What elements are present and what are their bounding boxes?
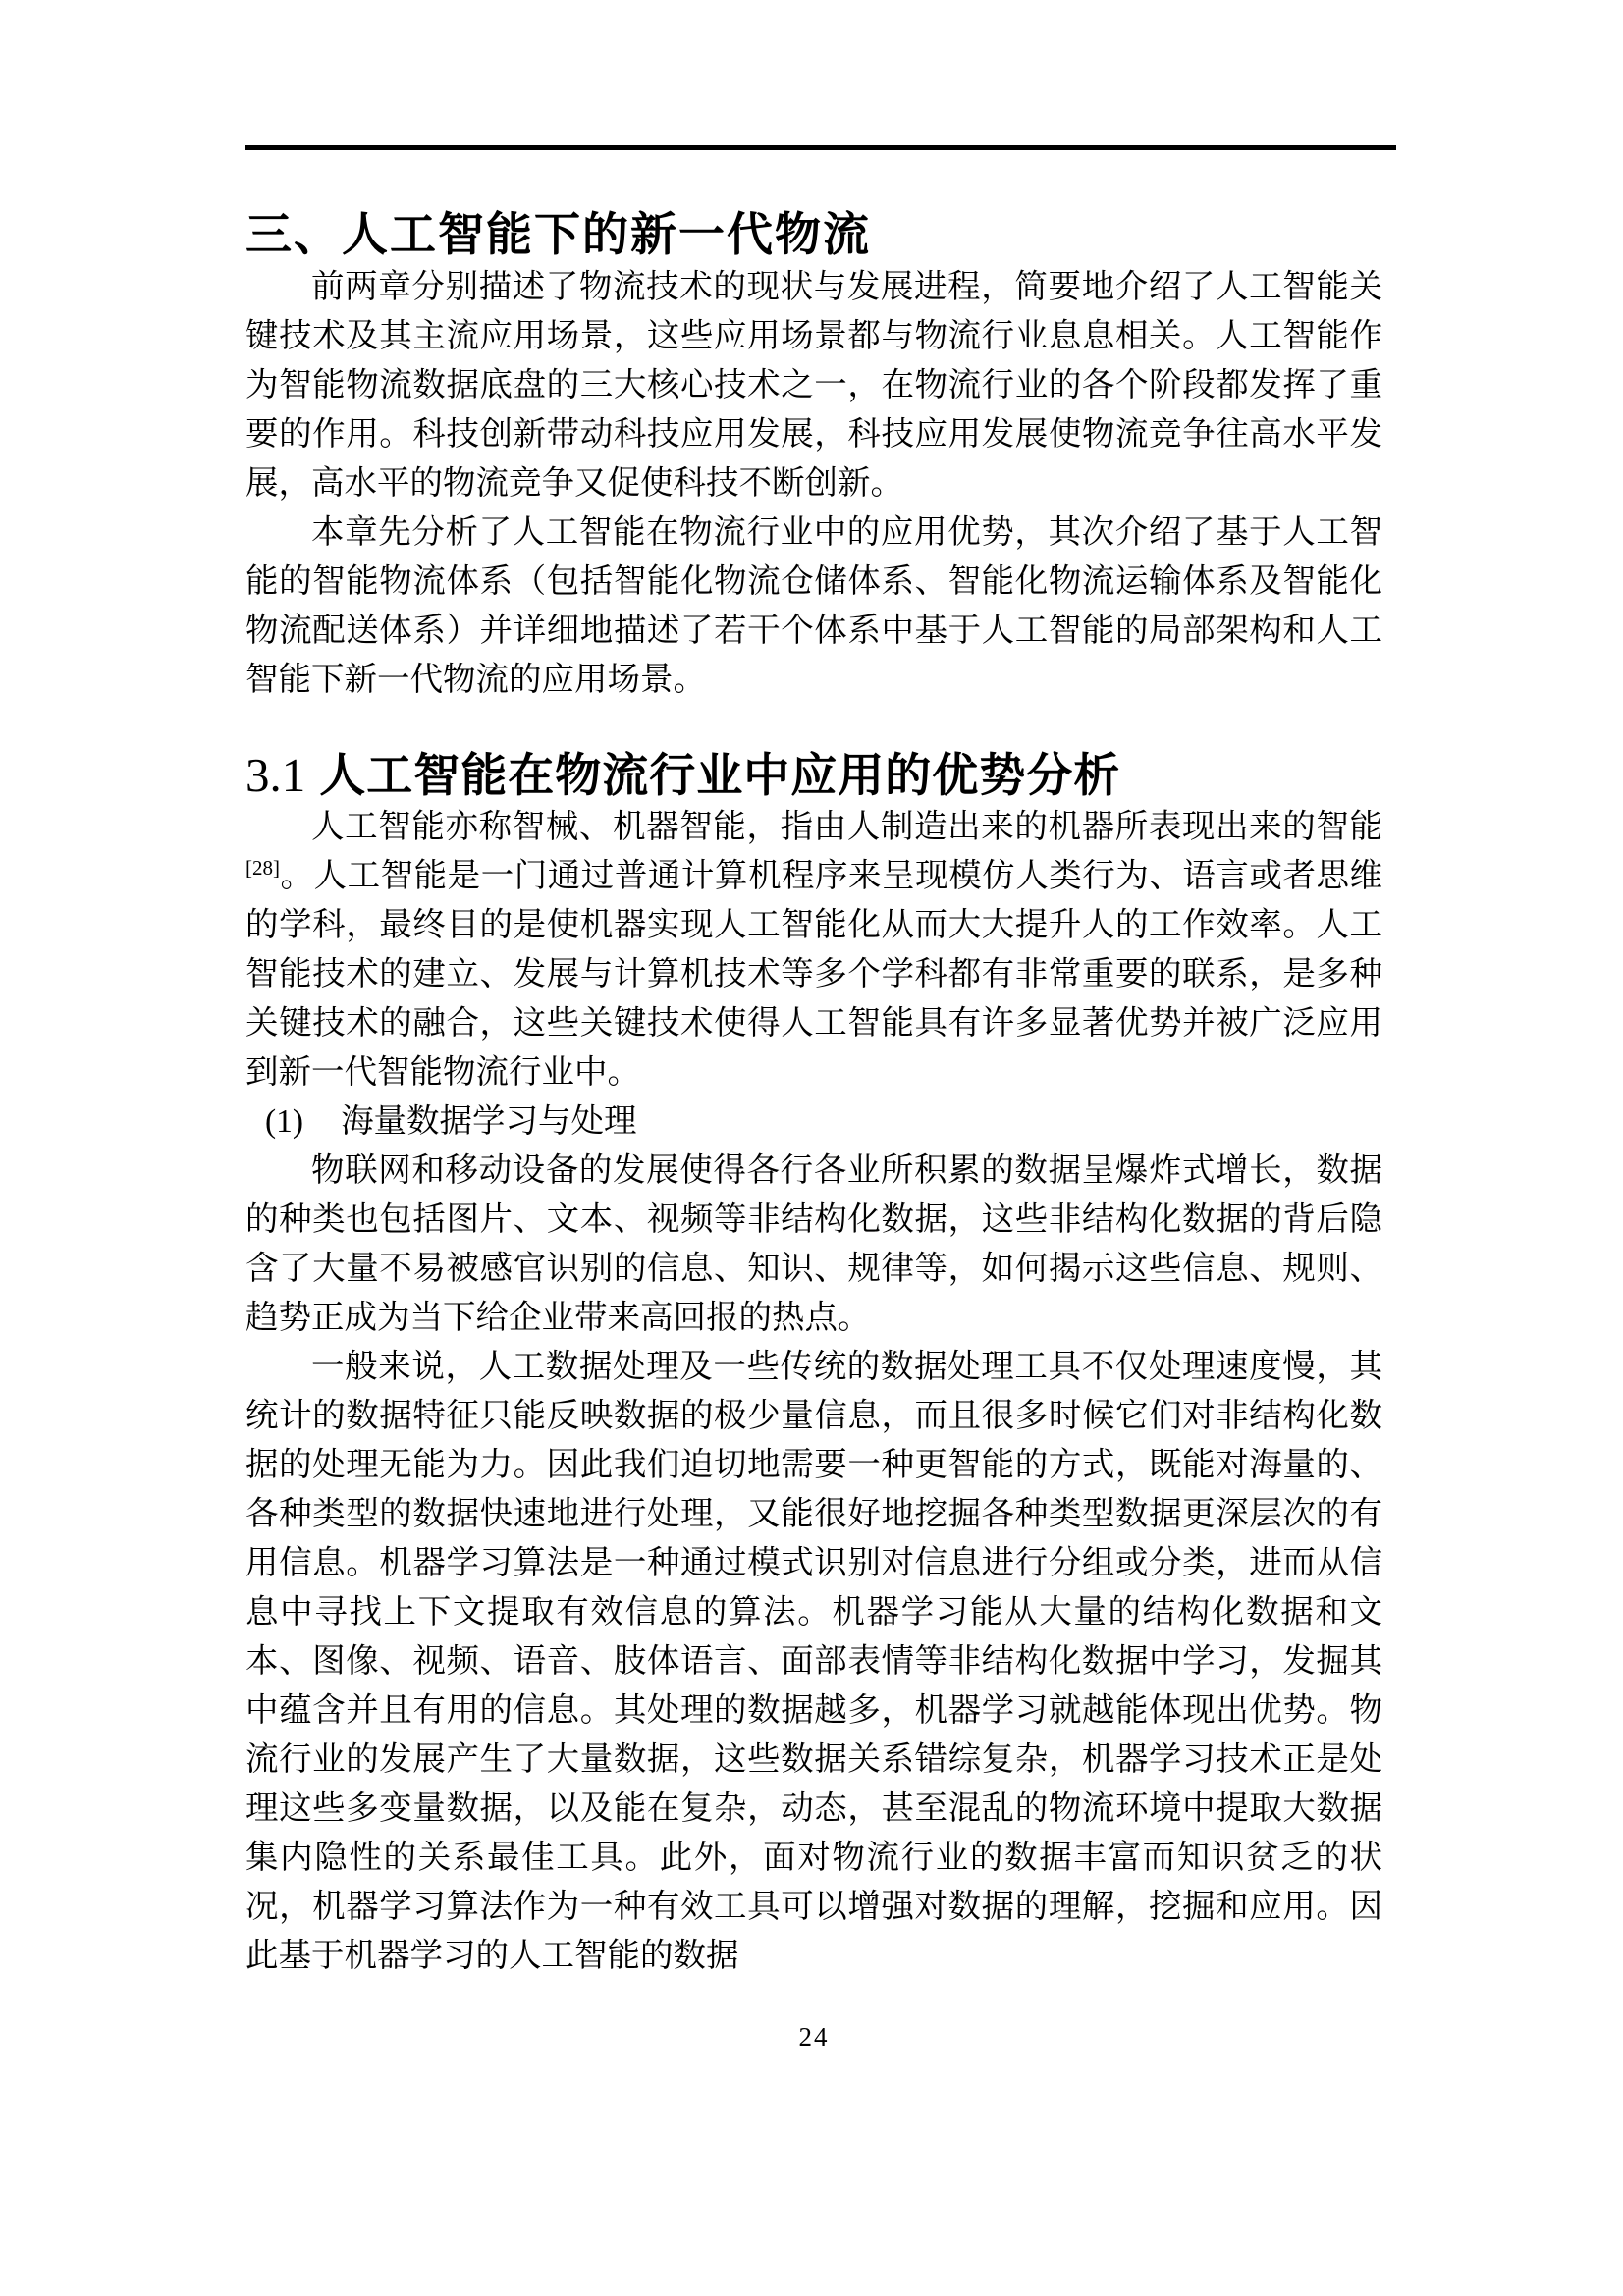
paragraph-big-data: 物联网和移动设备的发展使得各行各业所积累的数据呈爆炸式增长，数据的种类也包括图片… [245,1147,1382,1343]
page-number: 24 [245,2022,1382,2053]
list-item-1-title: 海量数据学习与处理 [341,1103,637,1140]
document-page: 三、人工智能下的新一代物流 前两章分别描述了物流技术的现状与发展进程，简要地介绍… [0,0,1623,2296]
intro-paragraph-1: 前两章分别描述了物流技术的现状与发展进程，简要地介绍了人工智能关键技术及其主流应… [245,263,1382,508]
paragraph-text-after-citation: 。人工智能是一门通过普通计算机程序来呈现模仿人类行为、语言或者思维的学科，最终目… [245,858,1382,1091]
page-content: 三、人工智能下的新一代物流 前两章分别描述了物流技术的现状与发展进程，简要地介绍… [245,0,1382,2053]
citation-ref-28: [28] [245,856,280,880]
chapter-title: 三、人工智能下的新一代物流 [245,206,1382,263]
section-title: 人工智能在物流行业中应用的优势分析 [319,749,1120,801]
intro-paragraph-2: 本章先分析了人工智能在物流行业中的应用优势，其次介绍了基于人工智能的智能物流体系… [245,508,1382,705]
paragraph-machine-learning: 一般来说，人工数据处理及一些传统的数据处理工具不仅处理速度慢，其统计的数据特征只… [245,1343,1382,1981]
section-heading: 3.1人工智能在物流行业中应用的优势分析 [245,748,1382,803]
section-number: 3.1 [245,748,305,802]
list-item-1-marker: (1) [265,1103,303,1140]
paragraph-ai-definition: 人工智能亦称智械、机器智能，指由人制造出来的机器所表现出来的智能[28]。人工智… [245,803,1382,1097]
paragraph-text-before-citation: 人工智能亦称智械、机器智能，指由人制造出来的机器所表现出来的智能 [311,809,1382,845]
list-item-1: (1)海量数据学习与处理 [245,1097,1382,1147]
